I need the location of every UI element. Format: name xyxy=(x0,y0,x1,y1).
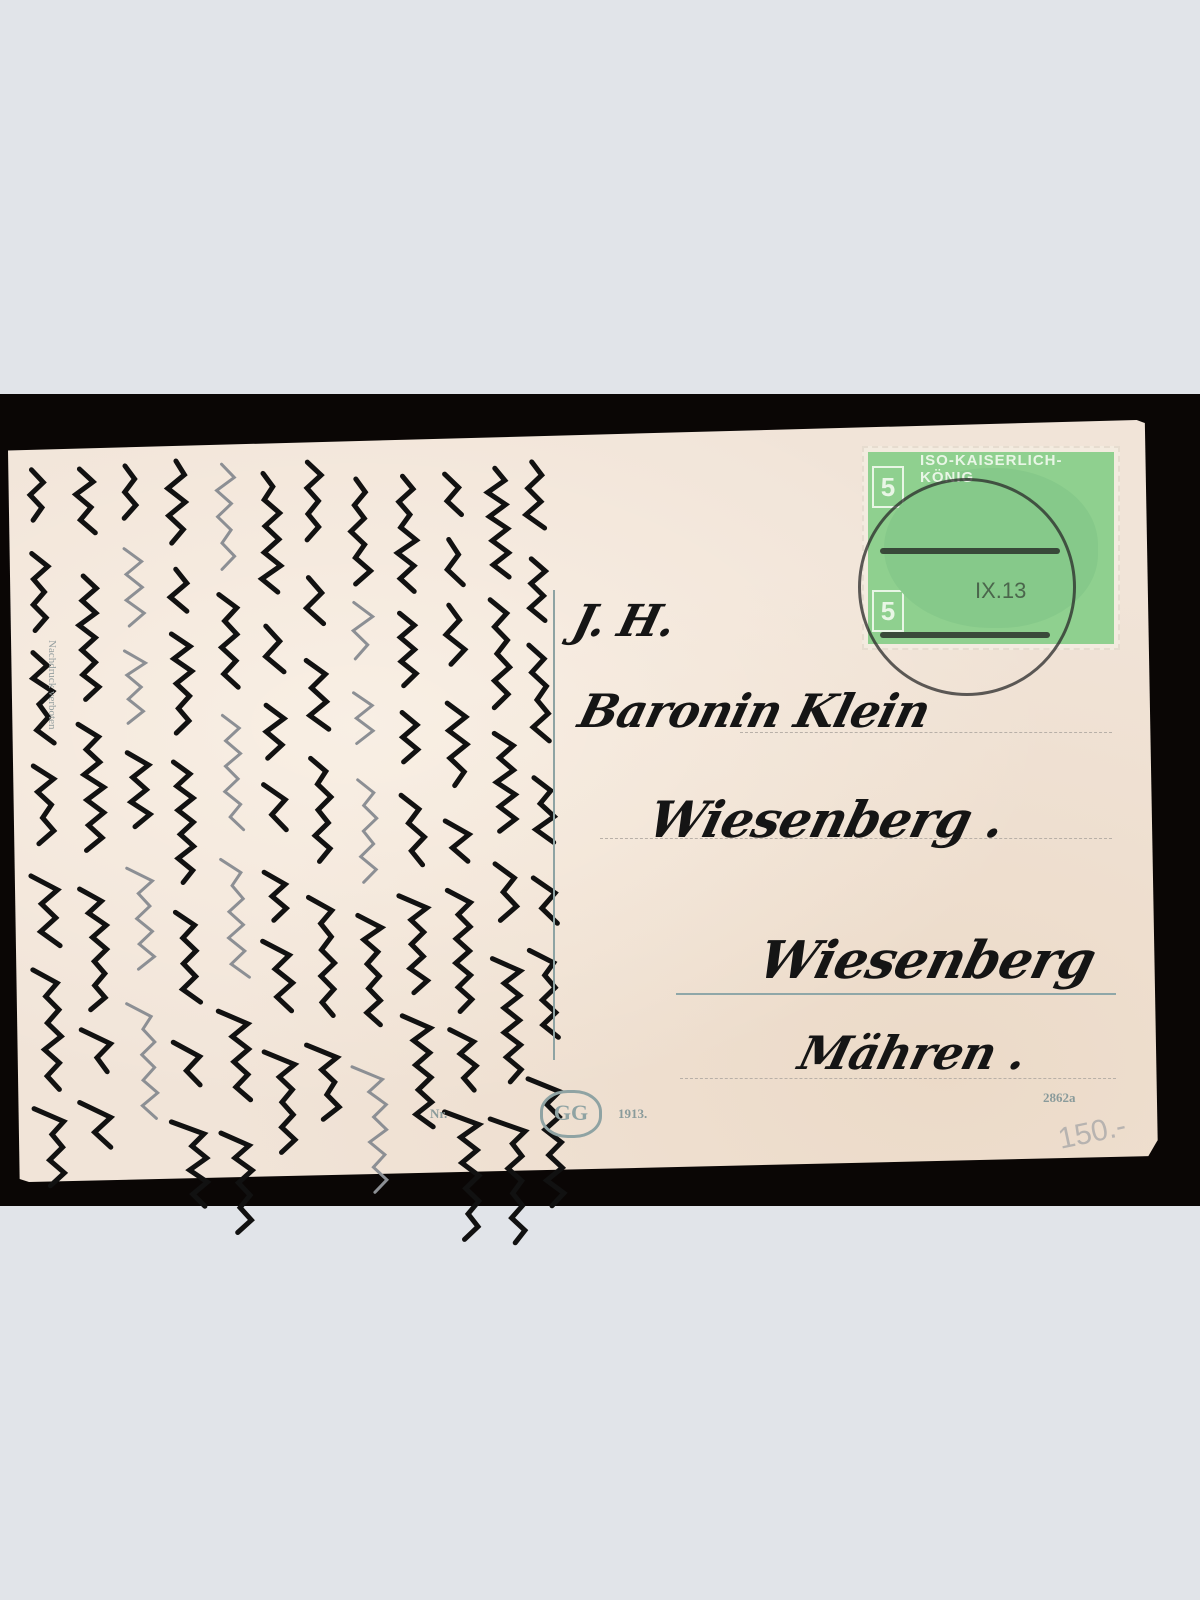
address-rule-3 xyxy=(676,993,1116,995)
address-line-4: Mähren . xyxy=(793,1026,1032,1080)
handwritten-message xyxy=(0,0,1200,1600)
publisher-monogram: GG xyxy=(540,1090,602,1138)
catalog-number: 2862a xyxy=(1043,1090,1076,1106)
address-line-3: Wiesenberg xyxy=(752,930,1101,991)
printed-year: 1913. xyxy=(618,1106,647,1122)
vertical-printer-imprint: Nachdruck verboten xyxy=(46,640,58,730)
postmark-circle xyxy=(858,478,1076,696)
message-address-divider xyxy=(553,590,555,1060)
printed-number-label: Nr. xyxy=(430,1106,447,1122)
address-salutation: J. H. xyxy=(568,596,681,647)
postmark-date: IX.13 xyxy=(975,578,1026,604)
cancel-bar xyxy=(880,548,1060,554)
address-line-2: Wiesenberg . xyxy=(643,790,1011,849)
address-line-1: Baronin Klein xyxy=(573,684,935,738)
cancel-bar xyxy=(880,632,1050,638)
